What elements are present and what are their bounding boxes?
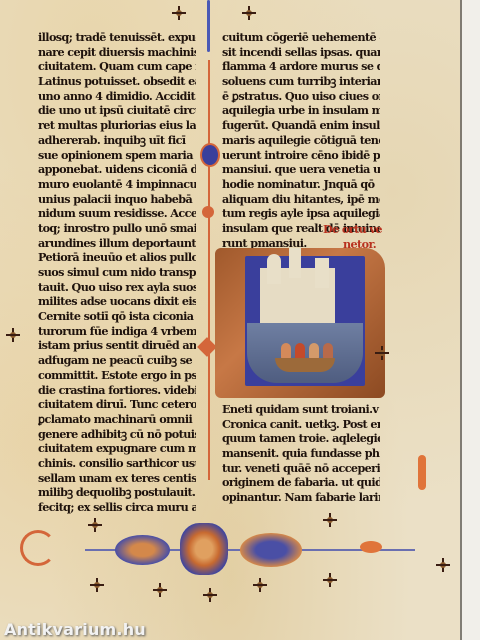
text-line: ciuitatem. Quam cum cape nō	[38, 59, 196, 74]
text-line: opinantur. Nam fabarie larini	[222, 490, 380, 505]
text-line: fugerūt. Quandā enim insulā	[222, 118, 380, 133]
text-line: mansenit. quia fundasse phib	[222, 446, 380, 461]
boat-icon	[275, 358, 335, 372]
manuscript-page: illosq; tradē tenuissēt. expugnare cepit…	[0, 0, 462, 640]
text-line: die uno ut ipsū ciuitatē circu	[38, 103, 196, 118]
text-line: genere adhibitꝫ cū nō potuisse	[38, 427, 196, 442]
star-ornament-icon	[8, 330, 18, 340]
text-line: uno anno 4 dimidio. Accidit ā	[38, 89, 196, 104]
text-line: sellam unam ex teres centis	[38, 471, 196, 486]
text-line: quum tamen troie. aqlelegie p	[222, 431, 380, 446]
right-margin-flourish-icon	[418, 455, 426, 490]
text-line: Latinus potuisset. obsedit eā	[38, 74, 196, 89]
text-line: Cronica canit. uetkꝫ. Post em	[222, 417, 380, 432]
star-ornament-icon	[90, 520, 100, 530]
tower-icon	[289, 248, 301, 278]
tower-icon	[267, 254, 281, 284]
text-line: maris aquilegie cōtiguā tene	[222, 133, 380, 148]
text-line: turorum fūe indiga 4 vrbem	[38, 324, 196, 339]
text-line: originem de fabaria. ut quidā	[222, 475, 380, 490]
text-line: nare cepit diuersis machinis	[38, 45, 196, 60]
star-ornament-icon	[255, 580, 265, 590]
figure-icon	[281, 343, 291, 359]
text-line: die crastina fortiores. videbitis	[38, 383, 196, 398]
text-line: soluens cum turribꝫ interiam	[222, 74, 380, 89]
star-ornament-icon	[155, 585, 165, 595]
text-line: ciuitatem expugnare cum ma	[38, 441, 196, 456]
text-line: tauit. Quo uiso rex ayla suos	[38, 280, 196, 295]
text-column-right-bottom: Eneti quidam sunt troiani.vCronica canit…	[222, 402, 380, 505]
rubric-heading: De ortu ve netor.	[323, 222, 393, 251]
text-column-right-top: cuitum cōgeriē uehementē 4 iussit incend…	[222, 30, 380, 250]
historiated-initial-miniature	[215, 248, 385, 398]
text-line: aquilegia urbe in insulam maris	[222, 103, 380, 118]
background-margin	[462, 0, 480, 640]
star-ornament-icon	[325, 515, 335, 525]
star-ornament-icon	[205, 590, 215, 600]
orange-bud-icon	[202, 206, 214, 218]
figure-icon	[323, 343, 333, 359]
text-line: ciuitatem diruī. Tunc cetero	[38, 397, 196, 412]
figure-icon	[295, 343, 305, 359]
text-line: hodie nominatur. Jnquā qō	[222, 177, 380, 192]
text-line: fecitq; ex sellis circa muru ar	[38, 500, 196, 515]
star-ornament-icon	[244, 8, 254, 18]
text-line: milibꝫ dequolibꝫ postulauit.	[38, 485, 196, 500]
text-line: tur. veneti quāē nō acceperint	[222, 461, 380, 476]
text-line: ē ꝑstratus. Quo uiso ciues omīs	[222, 89, 380, 104]
text-line: aliquam diu hitantes, ipē me	[222, 192, 380, 207]
orange-leaf-icon	[360, 541, 382, 553]
star-ornament-icon	[92, 580, 102, 590]
blue-orange-lobe-icon	[240, 533, 302, 567]
red-leaf-icon	[197, 337, 217, 357]
vine-decoration	[205, 0, 213, 500]
star-ornament-icon	[438, 560, 448, 570]
tower-icon	[315, 258, 329, 288]
star-ornament-icon	[174, 8, 184, 18]
star-ornament-icon	[377, 348, 387, 358]
text-line: committit. Estote ergo in pso	[38, 368, 196, 383]
text-line: istam prius sentit diruēd am.	[38, 338, 196, 353]
text-line: Cernite sotiī qō ista ciconia fu	[38, 309, 196, 324]
blue-flourish-icon	[200, 143, 220, 167]
text-line: ꝑclamato machinarū omnii	[38, 412, 196, 427]
figure-icon	[309, 343, 319, 359]
text-line: cuitum cōgeriē uehementē 4 ius	[222, 30, 380, 45]
text-line: illosq; tradē tenuissēt. expug	[38, 30, 196, 45]
central-quatrefoil-icon	[180, 523, 228, 575]
star-ornament-icon	[325, 575, 335, 585]
text-line: sit incendi sellas ipsas. quarū	[222, 45, 380, 60]
text-line: Eneti quidam sunt troiani.v	[222, 402, 380, 417]
text-line: nidum suum residisse. Accep	[38, 206, 196, 221]
text-line: milites adse uocans dixit eis.	[38, 294, 196, 309]
text-line: arundines illum deportaunt.	[38, 236, 196, 251]
text-line: Petiorā ineuūo et alios pullos	[38, 250, 196, 265]
text-column-left: illosq; tradē tenuissēt. expugnare cepit…	[38, 30, 196, 515]
text-line: toq; inrostro pullo unō smais	[38, 221, 196, 236]
text-line: muro euolantē 4 impinnaculo	[38, 177, 196, 192]
text-line: chinis. consilio sarthicor usus	[38, 456, 196, 471]
blue-vine-icon	[207, 0, 210, 52]
text-line: apponebat. uidens ciconiā de	[38, 162, 196, 177]
rubric-line: De ortu ve	[323, 222, 393, 237]
text-line: sue opinionem spem maria	[38, 148, 196, 163]
text-line: ret multas pluriorias eius lat	[38, 118, 196, 133]
text-line: unius palacii inquo habebā	[38, 192, 196, 207]
text-line: adfugam ne peacū cuibꝫ se	[38, 353, 196, 368]
text-line: flamma 4 ardore murus se dis	[222, 59, 380, 74]
water-icon	[247, 323, 363, 383]
text-line: mansiui. que uera venetia usq;	[222, 162, 380, 177]
text-line: adhererab. inquibꝫ uīt ficī	[38, 133, 196, 148]
watermark: Antikvarium.hu	[4, 620, 146, 639]
red-vine-icon	[208, 60, 210, 480]
text-line: uerunt introire cēno ibidē p	[222, 148, 380, 163]
blue-orange-lobe-icon	[115, 535, 170, 565]
text-line: tum regis ayle ipsa aquilegia	[222, 206, 380, 221]
red-curl-icon	[20, 530, 56, 566]
text-line: suos simul cum nido transpor	[38, 265, 196, 280]
